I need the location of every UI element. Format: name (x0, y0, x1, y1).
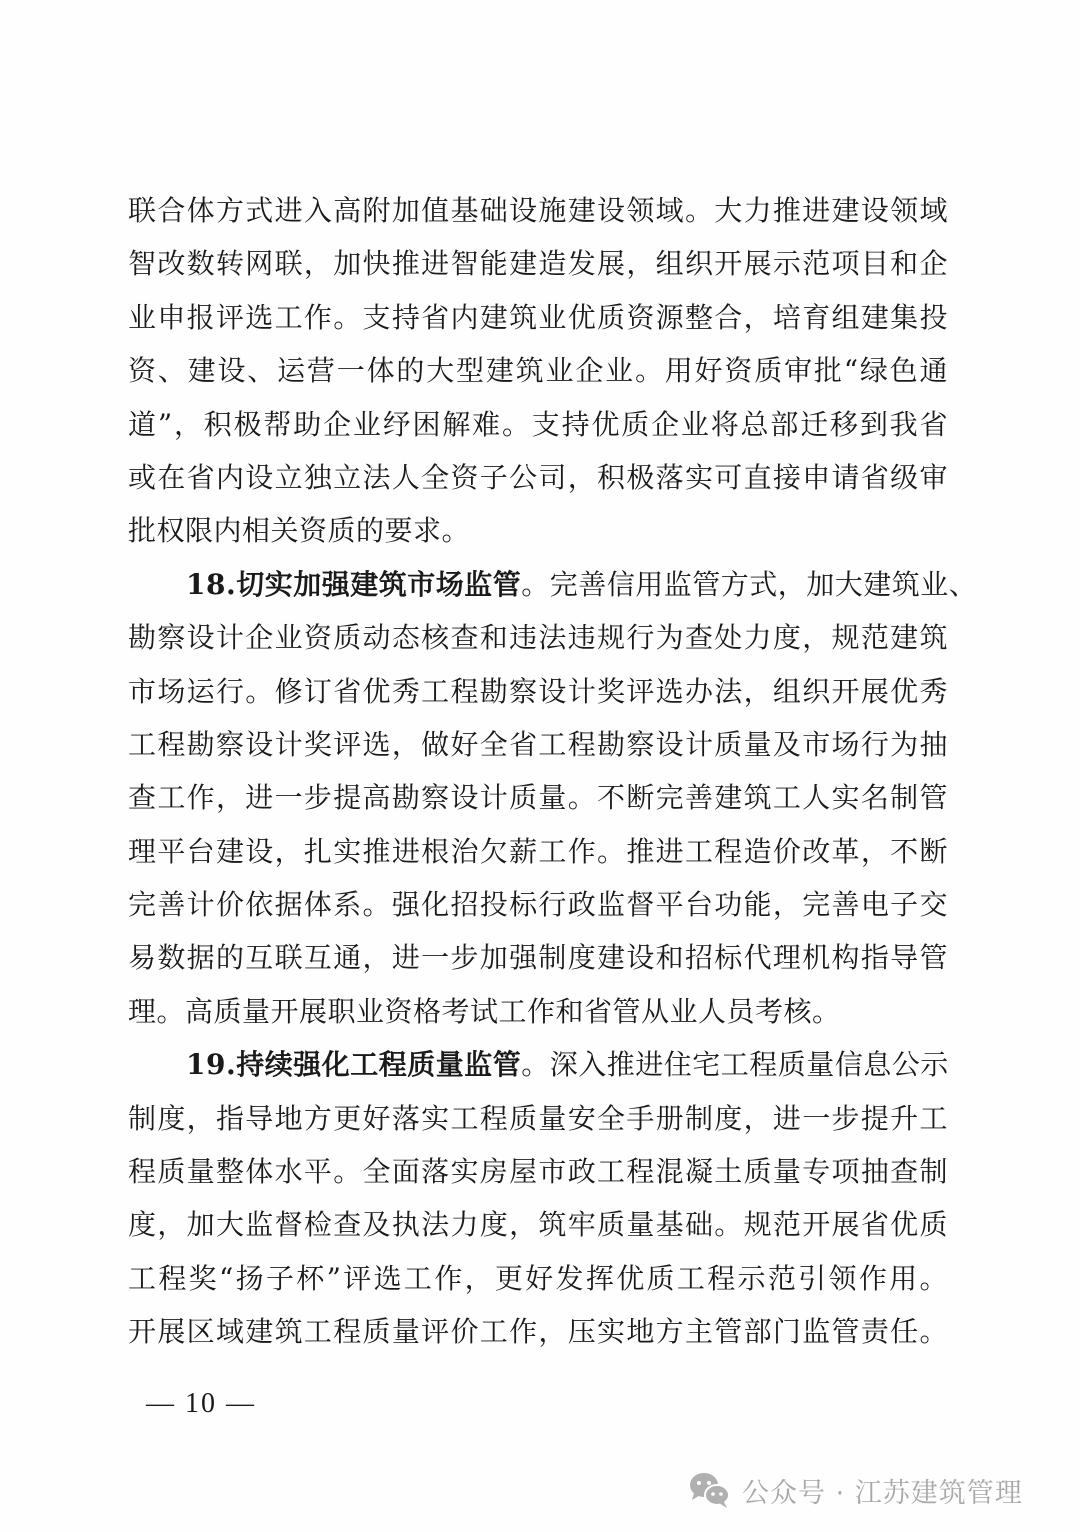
text-line: 理平台建设，扎实推进根治欠薪工作。推进工程造价改革，不断 (128, 825, 948, 878)
document-body: 联合体方式进入高附加值基础设施建设领域。大力推进建设领域 智改数转网联，加快推进… (128, 184, 948, 1359)
text-line: 资、建设、运营一体的大型建筑业企业。用好资质审批“绿色通 (128, 344, 948, 397)
text-line: 查工作，进一步提高勘察设计质量。不断完善建筑工人实名制管 (128, 771, 948, 824)
text-run: 。深入推进住宅工程质量信息公示 (521, 1048, 949, 1081)
text-line: 工程勘察设计奖评选，做好全省工程勘察设计质量及市场行为抽 (128, 718, 948, 771)
text-line: 业申报评选工作。支持省内建筑业优质资源整合，培育组建集投 (128, 291, 948, 344)
watermark-text: 公众号 · 江苏建筑管理 (742, 1471, 1023, 1510)
text-line: 勘察设计企业资质动态核查和违法违规行为查处力度，规范建筑 (128, 611, 948, 664)
text-line: 程质量整体水平。全面落实房屋市政工程混凝土质量专项抽查制 (128, 1145, 948, 1198)
text-line: 理。高质量开展职业资格考试工作和省管从业人员考核。 (128, 985, 948, 1038)
watermark: 公众号 · 江苏建筑管理 (688, 1468, 1023, 1512)
document-page: 联合体方式进入高附加值基础设施建设领域。大力推进建设领域 智改数转网联，加快推进… (0, 0, 1080, 1532)
paragraph-first-line: 18.切实加强建筑市场监管。完善信用监管方式，加大建筑业、 (128, 558, 948, 611)
text-line: 开展区域建筑工程质量评价工作，压实地方主管部门监管责任。 (128, 1305, 948, 1358)
text-line: 易数据的互联互通，进一步加强制度建设和招标代理机构指导管 (128, 931, 948, 984)
text-line: 工程奖“扬子杯”评选工作，更好发挥优质工程示范引领作用。 (128, 1252, 948, 1305)
text-line: 制度，指导地方更好落实工程质量安全手册制度，进一步提升工 (128, 1092, 948, 1145)
text-line: 度，加大监督检查及执法力度，筑牢质量基础。规范开展省优质 (128, 1198, 948, 1251)
text-run: 。完善信用监管方式，加大建筑业、 (521, 568, 977, 601)
page-number: — 10 — (146, 1388, 256, 1420)
text-line: 联合体方式进入高附加值基础设施建设领域。大力推进建设领域 (128, 184, 948, 237)
text-line: 道”，积极帮助企业纾困解难。支持优质企业将总部迁移到我省 (128, 398, 948, 451)
text-line: 或在省内设立独立法人全资子公司，积极落实可直接申请省级审 (128, 451, 948, 504)
section-heading-19: 19.持续强化工程质量监管 (186, 1048, 521, 1081)
text-line: 市场运行。修订省优秀工程勘察设计奖评选办法，组织开展优秀 (128, 665, 948, 718)
paragraph-first-line: 19.持续强化工程质量监管。深入推进住宅工程质量信息公示 (128, 1038, 948, 1091)
section-heading-18: 18.切实加强建筑市场监管 (186, 568, 521, 601)
text-line: 批权限内相关资质的要求。 (128, 504, 948, 557)
wechat-icon (688, 1470, 732, 1510)
text-line: 完善计价依据体系。强化招投标行政监督平台功能，完善电子交 (128, 878, 948, 931)
text-line: 智改数转网联，加快推进智能建造发展，组织开展示范项目和企 (128, 237, 948, 290)
